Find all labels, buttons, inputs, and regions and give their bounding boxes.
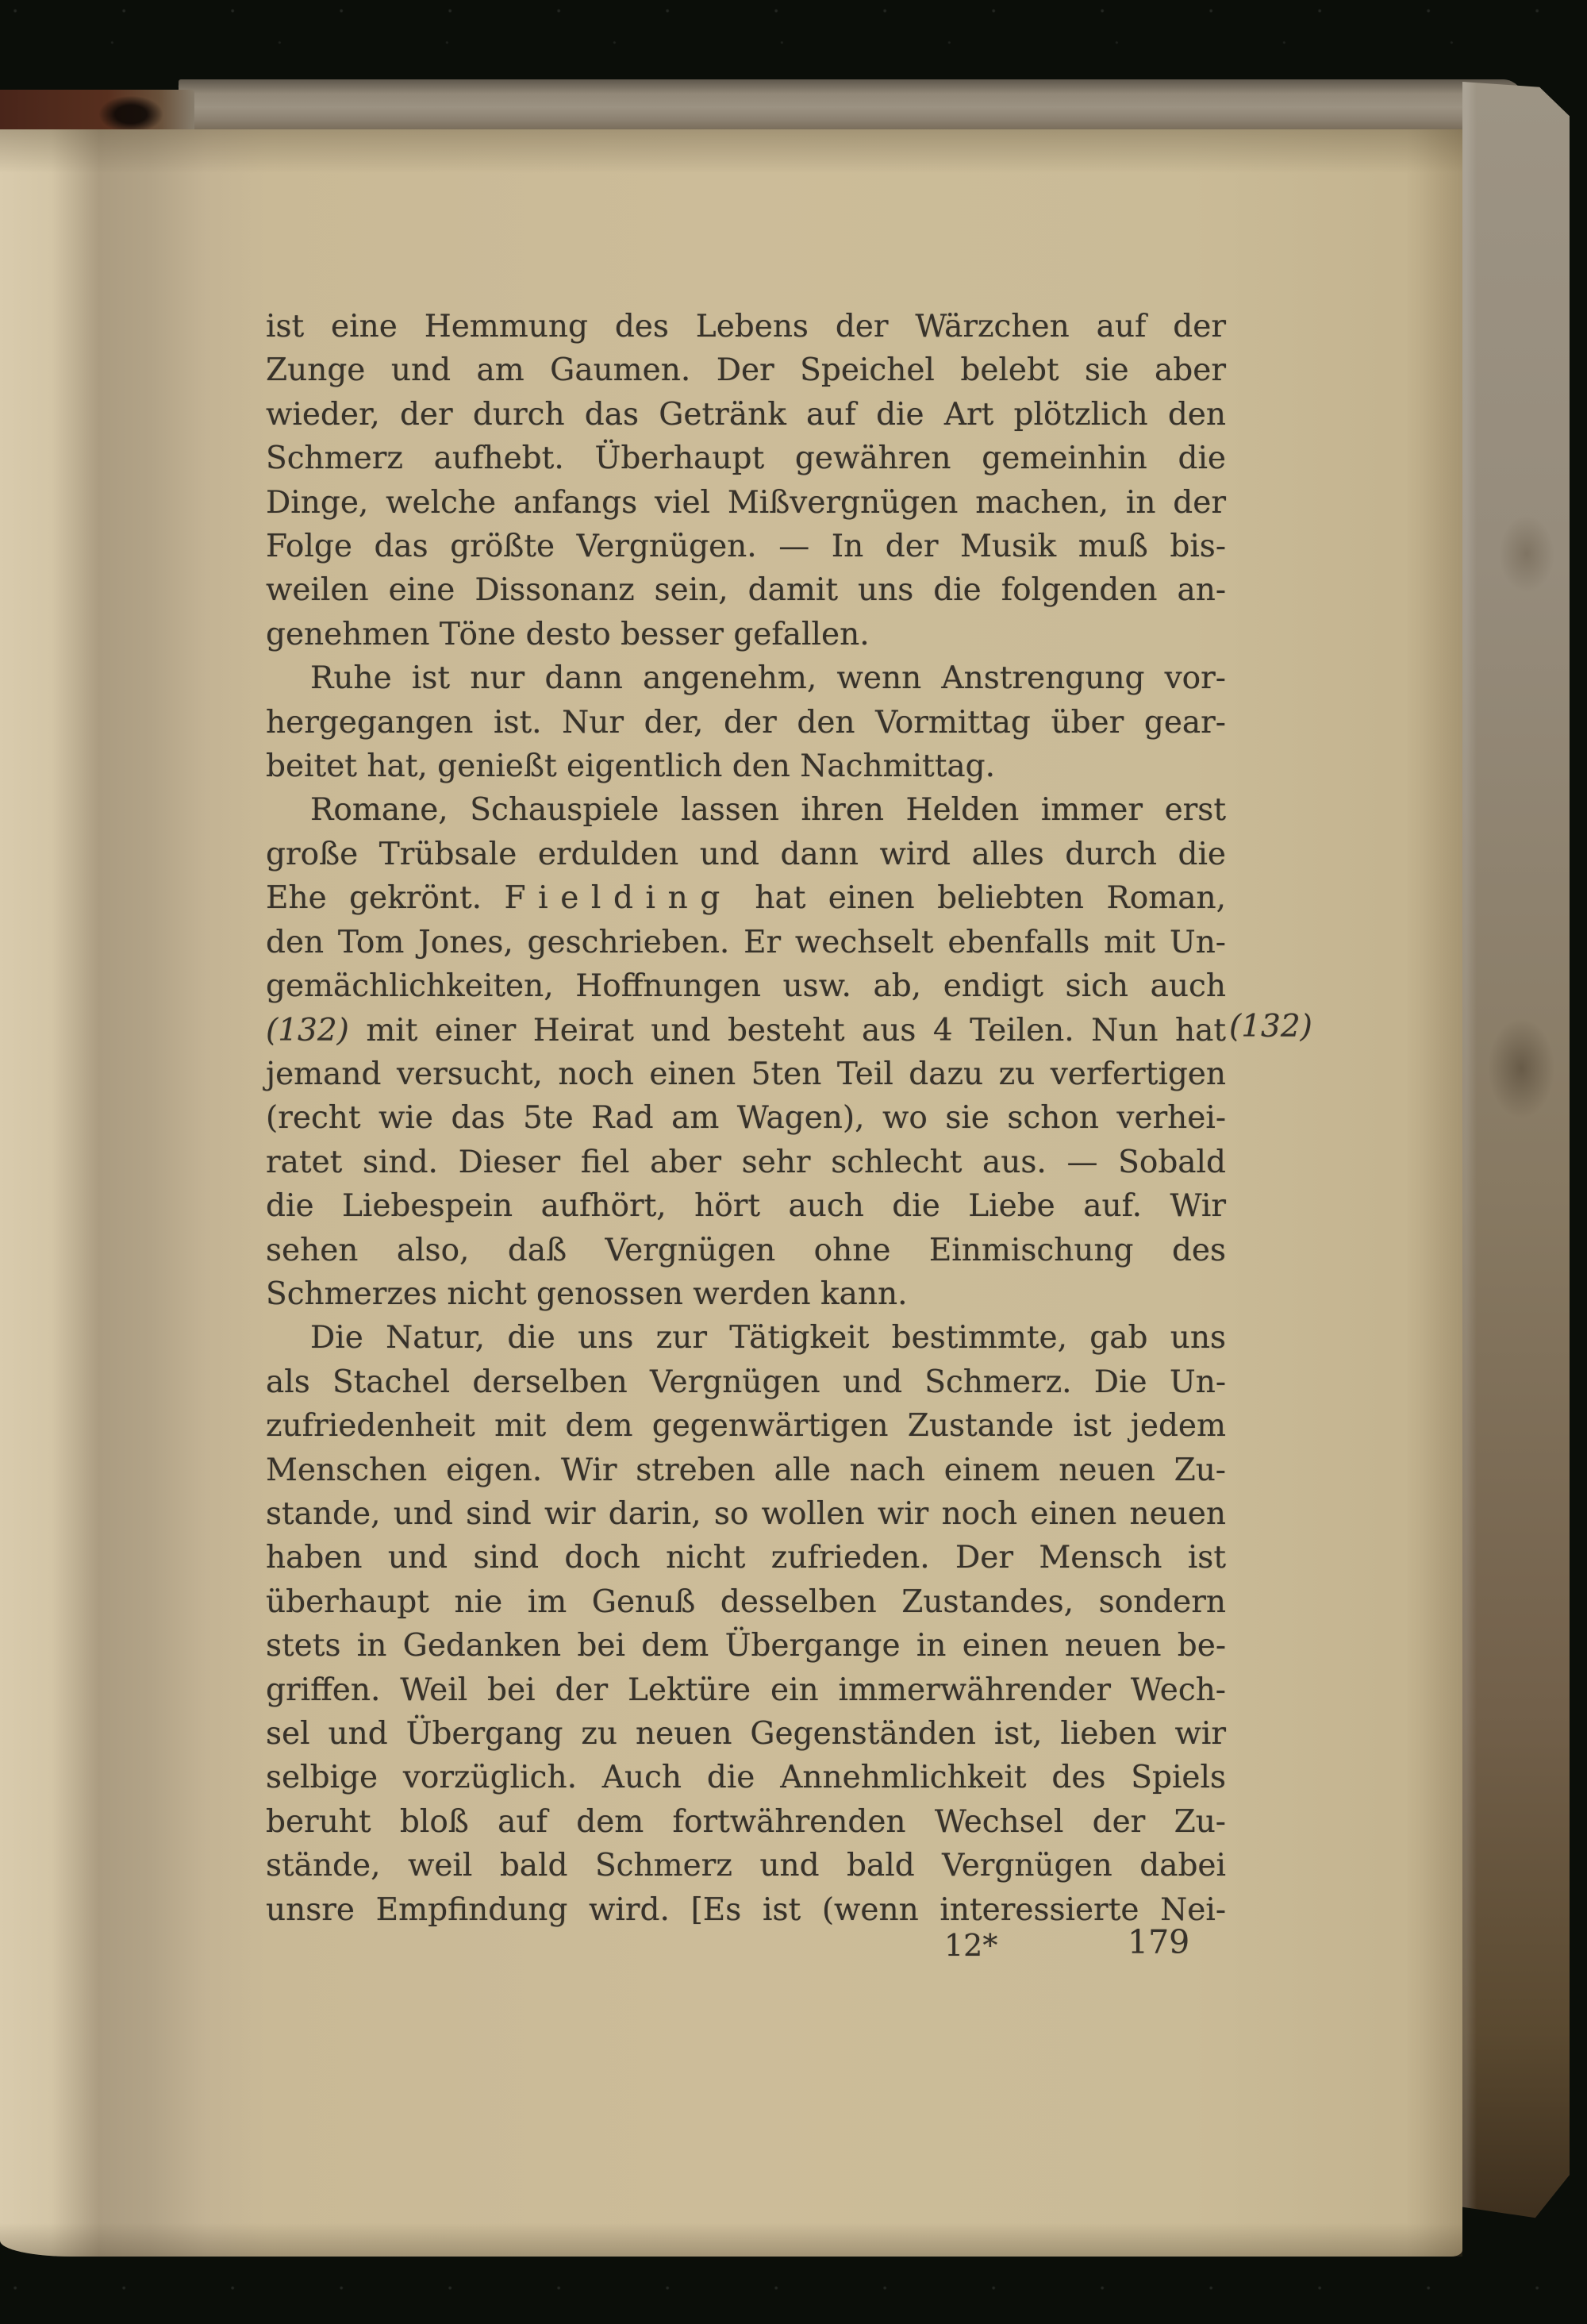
text-line: die Liebespein aufhört, hört auch die Li…	[266, 1184, 1226, 1228]
page-number: 179	[1128, 1921, 1189, 1964]
text-line: als Stachel derselben Vergnügen und Schm…	[266, 1360, 1226, 1404]
text-line: Schmerz aufhebt. Überhaupt gewähren geme…	[266, 437, 1226, 480]
text-line: große Trübsale erdulden und dann wird al…	[266, 833, 1226, 876]
text-segment: beruht bloß auf dem fortwährenden Wechse…	[266, 1804, 1226, 1840]
text-segment: griffen. Weil bei der Lektüre ein immerw…	[266, 1672, 1226, 1708]
text-segment: gemächlichkeiten, Hoffnungen usw. ab, en…	[266, 968, 1226, 1004]
text-line: sel und Übergang zu neuen Gegenständen i…	[266, 1712, 1226, 1756]
text-line: gemächlichkeiten, Hoffnungen usw. ab, en…	[266, 964, 1226, 1008]
text-line: ratet sind. Dieser fiel aber sehr schlec…	[266, 1141, 1226, 1184]
text-segment: hergegangen ist. Nur der, der den Vormit…	[266, 705, 1226, 741]
text-line: Dinge, welche anfangs viel Mißvergnügen …	[266, 481, 1226, 525]
text-segment: überhaupt nie im Genuß desselben Zustand…	[266, 1584, 1226, 1620]
text-line: hergegangen ist. Nur der, der den Vormit…	[266, 701, 1226, 745]
text-line: wieder, der durch das Getränk auf die Ar…	[266, 393, 1226, 437]
text-segment: ist eine Hemmung des Lebens der Wärzchen…	[266, 309, 1226, 344]
text-line: stände, weil bald Schmerz und bald Vergn…	[266, 1844, 1226, 1887]
text-line: weilen eine Dissonanz sein, damit uns di…	[266, 568, 1226, 612]
text-segment: Zunge und am Gaumen. Der Speichel belebt…	[266, 352, 1226, 388]
text-line: Folge das größte Vergnügen. — In der Mus…	[266, 525, 1226, 568]
text-segment: mit einer Heirat und besteht aus 4 Teile…	[349, 1013, 1226, 1048]
book-page: ist eine Hemmung des Lebens der Wärzchen…	[0, 129, 1462, 2257]
text-line: beitet hat, genießt eigentlich den Nachm…	[266, 745, 1226, 788]
book-cover-corner	[0, 90, 194, 131]
margin-note: (132)	[1229, 1005, 1312, 1048]
text-line: sehen also, daß Vergnügen ohne Einmischu…	[266, 1229, 1226, 1272]
page-block-top-edge	[179, 79, 1524, 130]
text-segment: hat einen beliebten Roman,	[732, 880, 1226, 916]
text-line: genehmen Töne desto besser gefallen.	[266, 613, 1226, 656]
page-block-right-edge	[1462, 82, 1570, 2226]
text-segment: sel und Übergang zu neuen Gegenständen i…	[266, 1716, 1226, 1752]
text-segment: als Stachel derselben Vergnügen und Schm…	[266, 1364, 1226, 1400]
text-segment: ratet sind. Dieser fiel aber sehr schlec…	[266, 1145, 1226, 1180]
text-segment: Fielding	[505, 880, 732, 916]
text-line: beruht bloß auf dem fortwährenden Wechse…	[266, 1800, 1226, 1844]
text-segment: jemand versucht, noch einen 5ten Teil da…	[266, 1056, 1226, 1092]
text-line: Romane, Schauspiele lassen ihren Helden …	[266, 788, 1226, 832]
text-segment: Ehe gekrönt.	[266, 880, 505, 916]
text-block: ist eine Hemmung des Lebens der Wärzchen…	[266, 305, 1226, 2019]
text-segment: Die Natur, die uns zur Tätigkeit bestimm…	[310, 1320, 1226, 1356]
text-segment: Schmerz aufhebt. Überhaupt gewähren geme…	[266, 441, 1226, 476]
scan-background: { "colors": { "background": "#0b0e09", "…	[0, 0, 1587, 2324]
text-segment: stets in Gedanken bei dem Übergange in e…	[266, 1628, 1226, 1664]
text-segment: stände, weil bald Schmerz und bald Vergn…	[266, 1848, 1226, 1883]
text-segment: unsre Empfindung wird. [Es ist (wenn int…	[266, 1892, 1226, 1928]
text-line: Schmerzes nicht genossen werden kann.	[266, 1272, 1226, 1316]
text-line: selbige vorzüglich. Auch die Annehmlichk…	[266, 1756, 1226, 1799]
text-line: ist eine Hemmung des Lebens der Wärzchen…	[266, 305, 1226, 348]
text-line: stets in Gedanken bei dem Übergange in e…	[266, 1624, 1226, 1668]
text-line: Die Natur, die uns zur Tätigkeit bestimm…	[266, 1316, 1226, 1360]
text-segment: haben und sind doch nicht zufrieden. Der…	[266, 1540, 1226, 1576]
signature-mark: 12*	[944, 1924, 997, 1968]
page-footer: 12* 179	[266, 1924, 1226, 1972]
text-line: Menschen eigen. Wir streben alle nach ei…	[266, 1449, 1226, 1492]
text-line: jemand versucht, noch einen 5ten Teil da…	[266, 1052, 1226, 1096]
text-line: stande, und sind wir darin, so wollen wi…	[266, 1492, 1226, 1536]
text-segment: stande, und sind wir darin, so wollen wi…	[266, 1496, 1226, 1532]
text-segment: die Liebespein aufhört, hört auch die Li…	[266, 1188, 1226, 1224]
text-segment: Schmerzes nicht genossen werden kann.	[266, 1276, 908, 1312]
text-segment: große Trübsale erdulden und dann wird al…	[266, 837, 1226, 872]
text-line: zufriedenheit mit dem gegenwärtigen Zust…	[266, 1404, 1226, 1448]
text-segment: (recht wie das 5te Rad am Wagen), wo sie…	[266, 1100, 1226, 1136]
text-segment: Romane, Schauspiele lassen ihren Helden …	[310, 792, 1226, 828]
text-line: griffen. Weil bei der Lektüre ein immerw…	[266, 1668, 1226, 1712]
text-segment: (132)	[266, 1013, 349, 1048]
text-segment: weilen eine Dissonanz sein, damit uns di…	[266, 572, 1226, 608]
text-line: (recht wie das 5te Rad am Wagen), wo sie…	[266, 1096, 1226, 1140]
text-segment: selbige vorzüglich. Auch die Annehmlichk…	[266, 1760, 1226, 1795]
text-segment: Menschen eigen. Wir streben alle nach ei…	[266, 1452, 1226, 1488]
text-line: Ruhe ist nur dann angenehm, wenn Anstren…	[266, 656, 1226, 700]
text-segment: wieder, der durch das Getränk auf die Ar…	[266, 397, 1226, 433]
text-line: haben und sind doch nicht zufrieden. Der…	[266, 1536, 1226, 1579]
text-segment: Ruhe ist nur dann angenehm, wenn Anstren…	[310, 660, 1226, 696]
text-line: überhaupt nie im Genuß desselben Zustand…	[266, 1580, 1226, 1624]
text-line: (132) mit einer Heirat und besteht aus 4…	[266, 1009, 1226, 1052]
text-line: den Tom Jones, geschrieben. Er wechselt …	[266, 921, 1226, 964]
text-segment: den Tom Jones, geschrieben. Er wechselt …	[266, 925, 1226, 960]
text-segment: genehmen Töne desto besser gefallen.	[266, 617, 870, 652]
text-line: Zunge und am Gaumen. Der Speichel belebt…	[266, 348, 1226, 392]
text-segment: zufriedenheit mit dem gegenwärtigen Zust…	[266, 1408, 1226, 1444]
text-line: Ehe gekrönt. Fielding hat einen beliebte…	[266, 876, 1226, 920]
text-segment: Dinge, welche anfangs viel Mißvergnügen …	[266, 485, 1226, 521]
text-segment: beitet hat, genießt eigentlich den Nachm…	[266, 748, 995, 784]
text-segment: Folge das größte Vergnügen. — In der Mus…	[266, 529, 1226, 564]
text-segment: sehen also, daß Vergnügen ohne Einmischu…	[266, 1233, 1226, 1268]
